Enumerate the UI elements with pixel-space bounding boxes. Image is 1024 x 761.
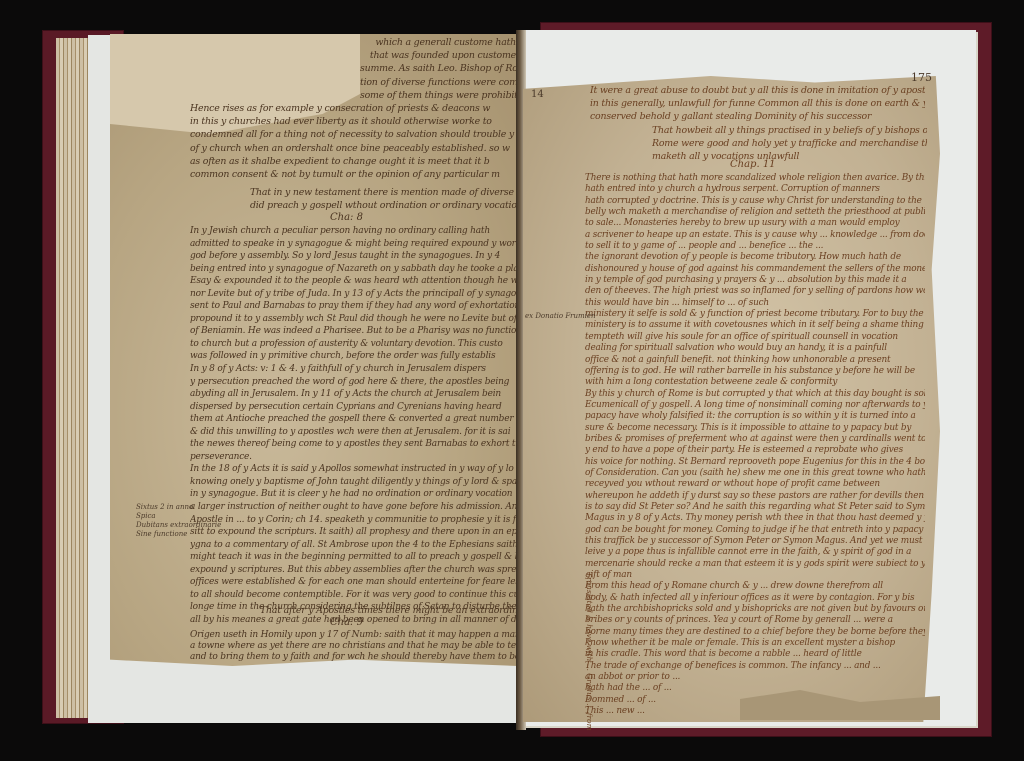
text-line: the newes thereof being come to y apostl…	[190, 438, 516, 451]
text-line: this traffick be y successor of Symon Pe…	[585, 536, 925, 547]
text-line: That in y new testament there is mention…	[250, 186, 516, 199]
text-line: know whether it be male or female. This …	[585, 638, 925, 649]
text-line: in y synagogue. But it is cleer y he had…	[190, 488, 516, 501]
text-line: By this y church of Rome is but corrupte…	[585, 389, 925, 400]
text-line: tion of diverse functions were comm	[360, 76, 516, 89]
text-line: That howbeit all y things practised in y…	[652, 124, 927, 137]
text-line: In y 8 of y Acts: v: 1 & 4. y faithfull …	[190, 363, 516, 376]
text-line: offices were established & for each one …	[190, 576, 516, 589]
page-edge-stack	[56, 38, 90, 718]
text-line: to all should become contemptible. For i…	[190, 589, 516, 602]
text-line: in y temple of god purchasing y prayers …	[585, 275, 925, 286]
text-line: Rome were good and holy yet y trafficke …	[652, 137, 927, 150]
text-line: papacy have wholy falsified it: the corr…	[585, 411, 925, 422]
text-line: which a generall custome hath	[360, 36, 516, 49]
text-line: hath the archbishopricks sold and y bish…	[585, 604, 925, 615]
text-line: them at Antioche preached the gospell th…	[190, 413, 516, 426]
text-line: in his cradle. This word that is become …	[585, 649, 925, 660]
text-line: The trade of exchange of benefices is co…	[585, 661, 925, 672]
left-closing-heading: That after y Apostles times there might …	[260, 604, 516, 617]
text-line: of y church when an ordershalt once bine…	[190, 142, 516, 155]
text-line: borne many times they are destined to a …	[585, 627, 925, 638]
text-line: This ... new ...	[585, 706, 925, 717]
text-line: sitt to expound the scripturs. It saith)…	[190, 526, 516, 539]
text-line: den of theeves. The high priest was so i…	[585, 286, 925, 297]
text-line: Apostle in ... to y Corin; ch 14. speake…	[190, 514, 516, 527]
text-line: receyved you wthout reward or wthout hop…	[585, 479, 925, 490]
text-line: was followed in y primitive church, befo…	[190, 350, 516, 363]
text-line: In y Jewish church a peculiar person hav…	[190, 225, 516, 238]
margin-note-line: Spica	[136, 512, 221, 521]
left-subheading: That in y new testament there is mention…	[250, 186, 516, 212]
chapter-heading-8: Cha: 8	[330, 212, 363, 223]
chapter-heading-11: Chap. 11	[730, 159, 776, 170]
text-line: dispersed by persecution certain Cyprian…	[190, 401, 516, 414]
text-line: mercenarie should recke a man that estee…	[585, 559, 925, 570]
text-line: god before y assembly. So y lord Jesus t…	[190, 250, 516, 263]
text-line: a scrivener to heape up an estate. This …	[585, 230, 925, 241]
text-line: conserved behold y gallant stealing Domi…	[590, 110, 925, 123]
text-line: In the 18 of y Acts it is said y Apollos…	[190, 463, 516, 476]
text-line: propound it to y assembly wch St Paul di…	[190, 313, 516, 326]
margin-note-line: Sine functione	[136, 530, 221, 539]
text-line: ministery it selfe is sold & y function …	[585, 309, 925, 320]
text-line: That after y Apostles times there might …	[260, 604, 516, 617]
page-number: 14	[531, 89, 544, 100]
text-line: Dommed ... of ...	[585, 695, 925, 706]
text-line: Esay & expounded it to the people & was …	[190, 275, 516, 288]
text-line: whereupon he addeth if y durst say so th…	[585, 491, 925, 502]
text-line: this would have bin ... himself to ... o…	[585, 298, 925, 309]
text-line: being entred into y synagogue of Nazaret…	[190, 263, 516, 276]
text-line: bribes & promises of preferment who at a…	[585, 434, 925, 445]
text-line: It were a great abuse to doubt but y all…	[590, 84, 925, 97]
text-line: of Consideration. Can you (saith he) she…	[585, 468, 925, 479]
text-line: hath had the ... of ...	[585, 683, 925, 694]
right-body-text: There is nothing that hath more scandali…	[585, 173, 925, 718]
text-line: to church but a profession of austerity …	[190, 338, 516, 351]
text-line: the ignorant devotion of y people is bec…	[585, 252, 925, 263]
text-line: an abbot or prior to ...	[585, 672, 925, 683]
text-line: & did this unwilling to y apostles wch w…	[190, 426, 516, 439]
text-line: condemned all for a thing not of necessi…	[190, 128, 516, 141]
text-line: some of them things were prohibited by y	[360, 89, 516, 102]
text-line: did preach y gospell wthout ordination o…	[250, 199, 516, 212]
text-line: in this y churches had ever liberty as i…	[190, 115, 516, 128]
text-line: hath corrupted y doctrine. This is y cau…	[585, 196, 925, 207]
text-line: dealing for spirituall salvation who wou…	[585, 343, 925, 354]
text-line: ygna to a commentary of all. St Ambrose …	[190, 539, 516, 552]
text-line: his voice for nothing. St Bernard reproo…	[585, 457, 925, 468]
right-subheading: That howbeit all y things practised in y…	[652, 124, 927, 164]
text-line: belly wch maketh a merchandise of religi…	[585, 207, 925, 218]
text-line: nor Levite but of y tribe of Juda. In y …	[190, 288, 516, 301]
right-margin-note: ex Donatio Frumien	[525, 312, 596, 321]
chapter-heading-9: Cha: 9	[330, 617, 363, 628]
left-top-fragment: which a generall custome hath that was f…	[360, 36, 516, 102]
text-line: abyding all in Jerusalem. In y 11 of y A…	[190, 388, 516, 401]
left-final-text: Origen useth in Homily upon y 17 of Numb…	[190, 630, 516, 663]
text-line: sent to Paul and Barnabas to pray them i…	[190, 300, 516, 313]
text-line: leive y a pope thus is infallible cannot…	[585, 547, 925, 558]
text-line: summe. As saith Leo. Bishop of Rom	[360, 62, 516, 75]
text-line: common consent & not by tumult or the op…	[190, 168, 516, 181]
text-line: might teach it was in the beginning perm…	[190, 551, 516, 564]
text-line: There is nothing that hath more scandali…	[585, 173, 925, 184]
text-line: ministery is to assume it with covetousn…	[585, 320, 925, 331]
text-line: y end to have a pope of their party. He …	[585, 445, 925, 456]
text-line: offering is to god. He will rather barre…	[585, 366, 925, 377]
text-line: y persecution preached the word of god h…	[190, 376, 516, 389]
text-line: in this generally, unlawfull for funne C…	[590, 97, 925, 110]
left-top-paragraph: Hence rises as for example y consecratio…	[190, 102, 516, 181]
text-line: From this head of y Romane church & y ..…	[585, 581, 925, 592]
text-line: that was founded upon custome	[360, 49, 516, 62]
text-line: gift of man	[585, 570, 925, 581]
text-line: is to say did St Peter so? And he saith …	[585, 502, 925, 513]
text-line: sure & become necessary. This is it impo…	[585, 423, 925, 434]
text-line: knowing onely y baptisme of John taught …	[190, 476, 516, 489]
text-line: dishonoured y house of god against his c…	[585, 264, 925, 275]
text-line: maketh all y vocations unlawfull	[652, 150, 927, 163]
text-line: expound y scriptures. But this abbey ass…	[190, 564, 516, 577]
text-line: body, & hath infected all y inferiour of…	[585, 593, 925, 604]
text-line: of Beniamin. He was indeed a Pharisee. B…	[190, 325, 516, 338]
left-body-text: In y Jewish church a peculiar person hav…	[190, 225, 516, 627]
text-line: a larger instruction of neither ought to…	[190, 501, 516, 514]
left-margin-notes: Sixtus 2 in anno Spica Dubitans extraord…	[136, 503, 221, 539]
text-line: to sale... Monasteries hereby to brew up…	[585, 218, 925, 229]
text-line: Hence rises as for example y consecratio…	[190, 102, 516, 115]
right-vertical-margin-note: Translated & have with ... Gradus ... fr…	[585, 572, 594, 731]
text-line: as often as it shalbe expedient to chang…	[190, 155, 516, 168]
margin-note-line: Sixtus 2 in anno	[136, 503, 221, 512]
text-line: tempteth will give his soule for an offi…	[585, 332, 925, 343]
text-line: hath entred into y church a hydrous serp…	[585, 184, 925, 195]
text-line: bribes or y counts of princes. Yea y cou…	[585, 615, 925, 626]
right-top-text: It were a great abuse to doubt but y all…	[590, 84, 925, 124]
text-line: a towne where as yet there are no christ…	[190, 641, 516, 652]
margin-note-line: Dubitans extraordinarie	[136, 521, 221, 530]
text-line: and to bring them to y faith and for wch…	[190, 652, 516, 663]
text-line: Ecumenicall of y gospell. A long time of…	[585, 400, 925, 411]
folio-number: 175	[911, 71, 932, 84]
text-line: admitted to speake in y synagogue & migh…	[190, 238, 516, 251]
text-line: Origen useth in Homily upon y 17 of Numb…	[190, 630, 516, 641]
text-line: office & not a gainfull benefit. not thi…	[585, 355, 925, 366]
text-line: god can be bought for money. Coming to j…	[585, 525, 925, 536]
text-line: to sell it to y game of ... people and .…	[585, 241, 925, 252]
text-line: with him a long contestation betweene ze…	[585, 377, 925, 388]
text-line: Magus in y 8 of y Acts. Thy money perish…	[585, 513, 925, 524]
text-line: perseverance.	[190, 451, 516, 464]
